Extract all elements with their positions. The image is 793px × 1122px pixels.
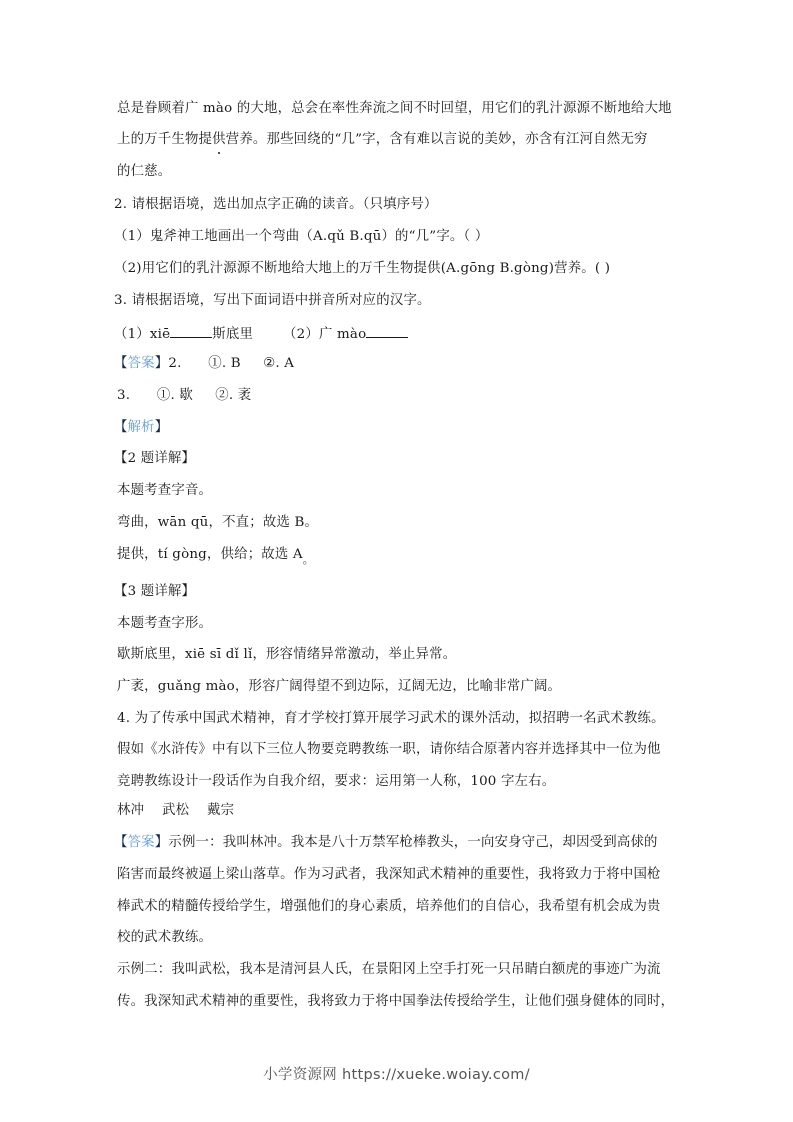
- question-4-line-1: 4. 为了传承中国武术精神，育才学校打算开展学习武术的课外活动，拟招聘一名武术教…: [117, 710, 665, 728]
- q2-detail-line-2-text: 提供，tí gòng，供给；故选 A: [117, 547, 303, 562]
- emphasis-dotted-char: 供: [212, 131, 226, 149]
- q2-detail-intro: 本题考查字音。: [117, 482, 212, 500]
- q2-detail-line-1: 弯曲，wān qū，不直；故选 B。: [117, 514, 318, 532]
- question-3-item-2-prefix: （2）广 mào: [283, 327, 366, 342]
- answer-4-example-2-line-1: 示例二：我叫武松，我本是清河县人氏，在景阳冈上空手打死一只吊睛白额虎的事迹广为流: [117, 961, 661, 979]
- answer-4-example-1-line-1: 【答案】示例一：我叫林冲。我本是八十万禁军枪棒教头，一向安身守己，却因受到高俅的: [114, 834, 658, 852]
- q3-detail-line-1: 歇斯底里，xiē sī dǐ lǐ，形容情绪异常激动，举止异常。: [117, 646, 456, 664]
- question-2-item-1: （1）鬼斧神工地画出一个弯曲（A.qǔ B.qū）的“几”字。（ ）: [114, 228, 488, 246]
- passage-line-2-prefix: 上的万千生物提: [117, 132, 212, 147]
- passage-line-3: 的仁慈。: [117, 163, 171, 181]
- question-2-title: 2. 请根据语境，选出加点字正确的读音。（只填序号）: [114, 196, 438, 214]
- analysis-tag-close: 】: [155, 420, 169, 435]
- q3-detail-line-2: 广袤，guǎng mào，形容广阔得望不到边际，辽阔无边，比喻非常广阔。: [117, 678, 561, 696]
- question-3-item-1-prefix: （1）xiē: [114, 327, 170, 342]
- question-4-line-3: 竞聘教练设计一段话作为自我介绍，要求：运用第一人称，100 字左右。: [117, 773, 555, 791]
- question-3-item-1-suffix: 斯底里: [212, 327, 253, 342]
- answer-blank-1: [170, 324, 212, 338]
- answer-q3-line: 3. ①. 歇 ②. 袤: [117, 387, 251, 405]
- answer-q2-line: 【答案】2. ①. B ②. A: [114, 355, 294, 373]
- q3-detail-heading: 【3 题详解】: [114, 583, 195, 601]
- answer-tag-label: 答案: [128, 356, 155, 371]
- footer-watermark: 小学资源网 https://xueke.woiay.com/: [0, 1063, 793, 1084]
- passage-line-2-suffix: 营养。那些回绕的“几”字，含有难以言说的美妙，亦含有江河自然无穷: [226, 132, 648, 147]
- answer4-tag-close: 】: [155, 835, 169, 850]
- analysis-tag-open: 【: [114, 420, 128, 435]
- answer4-tag-label: 答案: [128, 835, 155, 850]
- answer4-tag-open: 【: [114, 835, 128, 850]
- answer-tag-close: 】: [155, 356, 169, 371]
- answer-4-example-1-line-3: 棒武术的精髓传授给学生，增强他们的身心素质，培养他们的自信心，我希望有机会成为贵: [117, 898, 661, 916]
- answer-q2-values: 2. ①. B ②. A: [168, 356, 294, 371]
- q3-detail-intro: 本题考查字形。: [117, 615, 212, 633]
- q2-detail-line-2-end: 。: [303, 553, 314, 566]
- question-4-line-2: 假如《水浒传》中有以下三位人物要竞聘教练一职，请你结合原著内容并选择其中一位为他: [117, 741, 661, 759]
- answer-4-example-1-line-2: 陷害而最终被逼上梁山落草。作为习武者，我深知武术精神的重要性，我将致力于将中国枪: [117, 866, 661, 884]
- question-4-candidates: 林冲 武松 戴宗: [117, 802, 234, 820]
- analysis-tag-label: 解析: [128, 420, 155, 435]
- question-2-item-2: （2)用它们的乳汁源源不断地给大地上的万千生物提供(A.gōng B.gòng)…: [114, 260, 610, 278]
- question-3-title: 3. 请根据语境，写出下面词语中拼音所对应的汉字。: [114, 292, 431, 310]
- answer-4-example-2-line-2: 传。我深知武术精神的重要性，我将致力于将中国拳法传授给学生，让他们强身健体的同时…: [117, 993, 674, 1011]
- answer-tag-open: 【: [114, 356, 128, 371]
- answer4-ex1-line-1-text: 示例一：我叫林冲。我本是八十万禁军枪棒教头，一向安身守己，却因受到高俅的: [168, 835, 657, 850]
- q2-detail-line-2: 提供，tí gòng，供给；故选 A。: [117, 546, 314, 564]
- passage-line-1: 总是眷顾着广 mào 的大地，总会在率性奔流之间不时回望，用它们的乳汁源源不断地…: [117, 100, 672, 118]
- question-3-items: （1）xiē斯底里（2）广 mào: [114, 324, 408, 344]
- q2-detail-heading: 【2 题详解】: [114, 450, 195, 468]
- analysis-tag: 【解析】: [114, 419, 168, 437]
- passage-line-2: 上的万千生物提供营养。那些回绕的“几”字，含有难以言说的美妙，亦含有江河自然无穷: [117, 131, 648, 149]
- answer-4-example-1-line-4: 校的武术教练。: [117, 929, 212, 947]
- answer-blank-2: [366, 324, 408, 338]
